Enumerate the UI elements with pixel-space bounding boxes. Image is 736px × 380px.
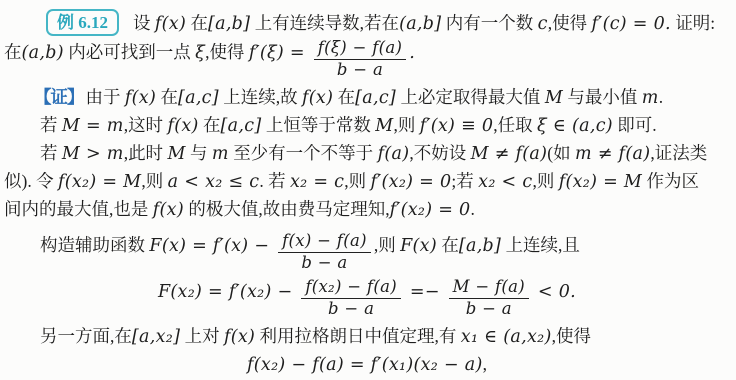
fraction-denominator: b − a: [278, 253, 371, 272]
text-run: 证明:: [671, 13, 715, 33]
text-run: 若: [40, 115, 62, 135]
math-run: ξ ∈ (a,c): [537, 116, 613, 136]
text-run: 间内的最大值,也是: [4, 199, 153, 219]
proof-paragraph-2: 若 M = m,这时 f(x) 在[a,c] 上恒等于常数 M,则 f′(x) …: [4, 112, 730, 140]
problem-statement-line-2: 在(a,b) 内必可找到一点 ξ,使得 f′(ξ) = f(ξ) − f(a)b…: [4, 38, 730, 80]
math-run: x₁ ∈ (a,x₂): [461, 327, 552, 347]
math-run: a < x₂ ≤ c: [168, 172, 260, 192]
math-run: M: [545, 88, 563, 108]
math-run: f′(x₂) = 0: [371, 172, 452, 192]
fraction-denominator: b − a: [301, 299, 401, 318]
math-run: .: [409, 43, 415, 63]
text-run: 上连续,且: [501, 235, 580, 255]
text-run: 构造辅助函数: [40, 235, 149, 255]
fraction-numerator: f(x) − f(a): [278, 231, 371, 253]
math-run: F(x): [400, 236, 437, 256]
math-run: m: [212, 144, 229, 164]
text-run: ,不妨设: [409, 143, 470, 163]
text-run: 利用拉格朗日中值定理,有: [255, 326, 461, 346]
math-run: x₂ = c: [290, 172, 344, 192]
math-run: < 0.: [532, 282, 576, 302]
text-run: (如: [547, 143, 575, 163]
text-run: ,使得: [205, 42, 249, 62]
document-page: 例 6.12设 f(x) 在[a,b] 上有连续导数,若在(a,b] 内有一个数…: [0, 0, 736, 380]
math-run: F(x) = f′(x) −: [149, 236, 275, 256]
math-run: c: [538, 14, 548, 34]
problem-statement-line-1: 例 6.12设 f(x) 在[a,b] 上有连续导数,若在(a,b] 内有一个数…: [4, 9, 730, 38]
math-run: [a,x₂]: [132, 327, 180, 347]
text-run: ;若: [451, 171, 478, 191]
problem-text-1: 设 f(x) 在[a,b] 上有连续导数,若在(a,b] 内有一个数 c,使得 …: [133, 13, 715, 33]
text-run: 作为区: [642, 171, 699, 191]
math-run: f′(ξ) =: [249, 43, 311, 63]
math-run: f(x): [302, 88, 333, 108]
text-run: ,此时: [124, 143, 168, 163]
text-run: 若: [40, 143, 62, 163]
text-run: 至少有一个不等于: [229, 143, 378, 163]
text-run: 设: [133, 13, 155, 33]
text-run: ,任取: [493, 115, 537, 135]
math-run: M ≠ f(a): [471, 144, 548, 164]
text-run: 在: [4, 42, 22, 62]
fraction-numerator: f(ξ) − f(a): [314, 38, 407, 60]
text-run: 在: [199, 115, 221, 135]
math-run: [a,c]: [221, 116, 262, 136]
proof-paragraph-3-line-3: 间内的最大值,也是 f(x) 的极大值,故由费马定理知,f′(x₂) = 0.: [4, 196, 730, 224]
proof-paragraph-3-line-1: 若 M > m,此时 M 与 m 至少有一个不等于 f(a),不妨设 M ≠ f…: [4, 140, 730, 168]
fraction-numerator: M − f(a): [449, 277, 529, 299]
fraction-denominator: b − a: [314, 60, 407, 79]
text-run: 在: [437, 235, 459, 255]
math-run: f′(x) ≡ 0: [420, 116, 494, 136]
text-run: 上恒等于常数: [261, 115, 375, 135]
fraction: M − f(a)b − a: [449, 277, 529, 319]
proof-paragraph-5: 另一方面,在[a,x₂] 上对 f(x) 利用拉格朗日中值定理,有 x₁ ∈ (…: [4, 323, 730, 351]
math-run: f′(c) = 0.: [592, 14, 671, 34]
math-run: f(x): [125, 88, 156, 108]
math-run: f(a): [378, 144, 410, 164]
text-run: 与最小值: [563, 87, 642, 107]
fraction: f(x) − f(a)b − a: [278, 231, 371, 273]
math-run: M = m: [62, 116, 124, 136]
fraction-numerator: f(x₂) − f(a): [301, 277, 401, 299]
math-run: M > m: [62, 144, 124, 164]
display-equation-1: F(x₂) = f′(x₂) − f(x₂) − f(a)b − a =− M …: [4, 277, 730, 319]
proof-marker: 【证】: [34, 87, 84, 107]
text-run: ,: [483, 354, 487, 374]
text-run: ,则: [393, 115, 419, 135]
math-run: m: [642, 88, 659, 108]
text-run: 内必可找到一点: [64, 42, 195, 62]
example-badge: 例 6.12: [46, 9, 119, 36]
fraction: f(ξ) − f(a)b − a: [314, 38, 407, 80]
text-run: .: [659, 87, 663, 107]
math-run: f(x): [224, 327, 255, 347]
math-run: F(x₂) = f′(x₂) −: [158, 282, 298, 302]
text-run: 与: [186, 143, 212, 163]
math-run: f(x): [155, 14, 186, 34]
text-run: 在: [186, 13, 208, 33]
text-run: ,使得: [552, 326, 591, 346]
text-run: .: [471, 199, 475, 219]
math-run: f(x₂) = M: [559, 172, 642, 192]
math-run: (a,b]: [399, 14, 441, 34]
text-run: ,这时: [124, 115, 168, 135]
fraction: f(x₂) − f(a)b − a: [301, 277, 401, 319]
math-run: M: [375, 116, 393, 136]
text-run: ,则: [344, 171, 370, 191]
math-run: f(x₂) − f(a) = f′(x₁)(x₂ − a): [247, 355, 483, 375]
math-run: [a,c]: [178, 88, 219, 108]
proof-paragraph-4: 构造辅助函数 F(x) = f′(x) − f(x) − f(a)b − a,则…: [4, 231, 730, 273]
math-run: f(x): [167, 116, 198, 136]
math-run: m ≠ f(a): [575, 144, 650, 164]
text-run: 即可.: [613, 115, 657, 135]
text-run: 在: [156, 87, 178, 107]
proof-paragraph-1: 【证】由于 f(x) 在[a,c] 上连续,故 f(x) 在[a,c] 上必定取…: [4, 84, 730, 112]
text-run: 上有连续导数,若在: [250, 13, 399, 33]
fraction-denominator: b − a: [449, 299, 529, 318]
math-run: =−: [404, 282, 446, 302]
math-run: f(x): [153, 200, 184, 220]
math-run: M: [167, 144, 185, 164]
proof-paragraph-3-line-2: 似). 令 f(x₂) = M,则 a < x₂ ≤ c. 若 x₂ = c,则…: [4, 168, 730, 196]
math-run: x₂ < c: [478, 172, 532, 192]
text-run: 上对: [180, 326, 224, 346]
text-run: 在: [333, 87, 355, 107]
text-run: 上连续,故: [219, 87, 302, 107]
math-run: (a,b): [22, 43, 64, 63]
text-run: ,使得: [548, 13, 592, 33]
math-run: f′(x₂) = 0: [390, 200, 471, 220]
text-run: . 若: [259, 171, 290, 191]
text-run: 上必定取得最大值: [396, 87, 545, 107]
text-run: 内有一个数: [441, 13, 537, 33]
display-equation-2: f(x₂) − f(a) = f′(x₁)(x₂ − a),: [4, 351, 730, 379]
text-run: 另一方面,在: [40, 326, 132, 346]
text-run: ,证法类: [650, 143, 707, 163]
math-run: [a,c]: [355, 88, 396, 108]
math-run: [a,b]: [208, 14, 250, 34]
math-run: f(x₂) = M: [58, 172, 141, 192]
text-run: 似). 令: [4, 171, 58, 191]
text-run: ,则: [532, 171, 558, 191]
math-run: [a,b]: [459, 236, 501, 256]
text-run: 的极大值,故由费马定理知,: [184, 199, 390, 219]
text-run: ,则: [141, 171, 167, 191]
math-run: ξ: [195, 43, 205, 63]
text-run: 由于: [86, 87, 125, 107]
text-run: ,则: [374, 235, 400, 255]
